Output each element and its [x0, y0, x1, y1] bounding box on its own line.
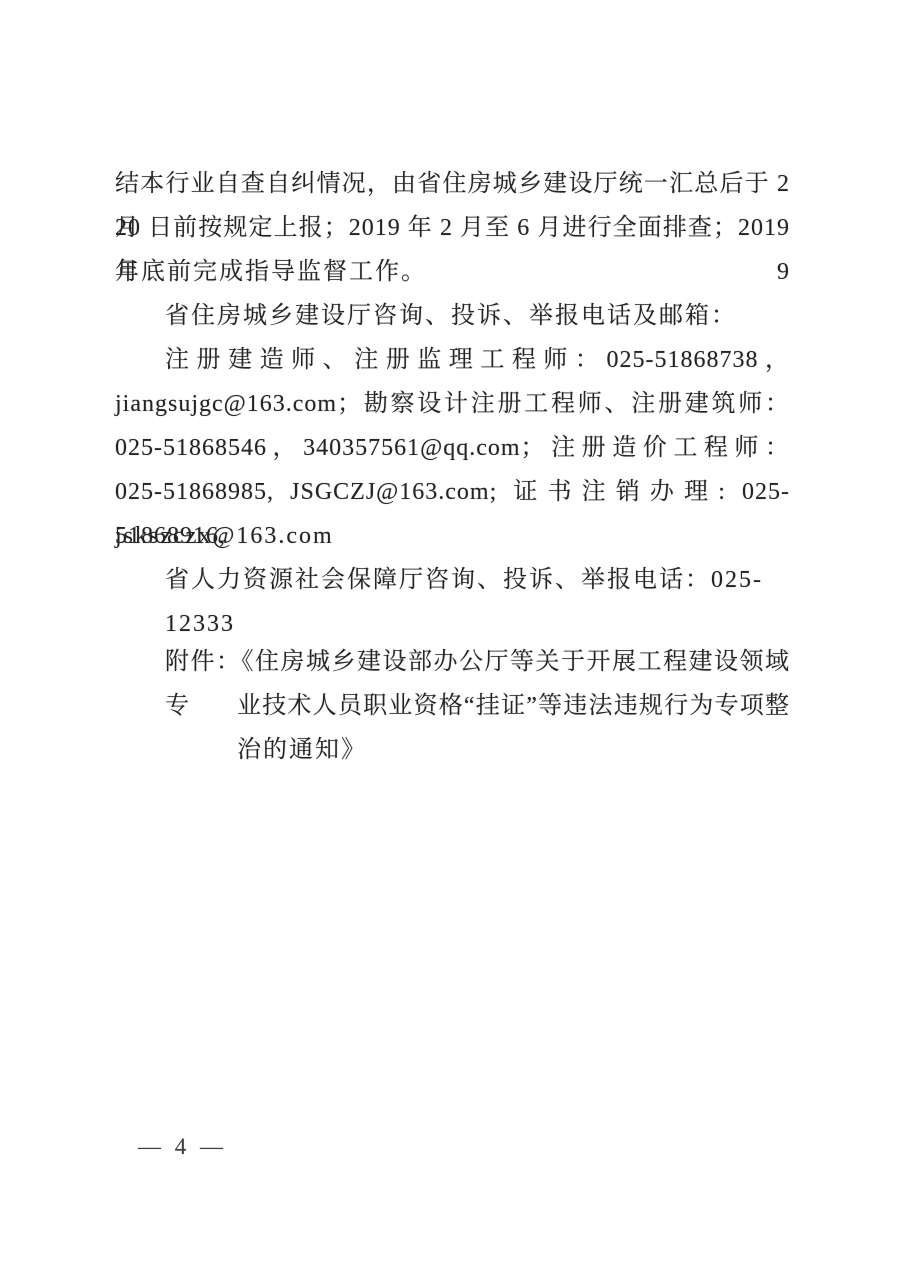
attachment-line-1: 附件：《住房城乡建设部办公厅等关于开展工程建设领域专 — [115, 640, 790, 684]
text-line-4: 省住房城乡建设厅咨询、投诉、举报电话及邮箱： — [115, 294, 790, 338]
text-line-5: 注册建造师、注册监理工程师：025-51868738， — [115, 338, 790, 382]
text-line-7: 025-51868546，340357561@qq.com；注册造价工程师： — [115, 426, 790, 470]
text-line-10: 省人力资源社会保障厅咨询、投诉、举报电话：025-12333 — [115, 558, 790, 602]
text-line-2: 20 日前按规定上报；2019 年 2 月至 6 月进行全面排查；2019 年 … — [115, 206, 790, 250]
document-page: 结本行业自查自纠情况，由省住房城乡建设厅统一汇总后于 2 月 20 日前按规定上… — [0, 0, 900, 1273]
attachment-line-2: 业技术人员职业资格“挂证”等违法违规行为专项整 — [115, 684, 790, 728]
text-line-1: 结本行业自查自纠情况，由省住房城乡建设厅统一汇总后于 2 月 — [115, 162, 790, 206]
body-text: 结本行业自查自纠情况，由省住房城乡建设厅统一汇总后于 2 月 20 日前按规定上… — [115, 162, 790, 772]
text-line-8: 025-51868985, JSGCZJ@163.com; 证书注销办理: 02… — [115, 470, 790, 514]
attachment-note: 附件：《住房城乡建设部办公厅等关于开展工程建设领域专 业技术人员职业资格“挂证”… — [115, 640, 790, 772]
text-line-6: jiangsujgc@163.com；勘察设计注册工程师、注册建筑师： — [115, 382, 790, 426]
text-line-9: jskszczx@163.com — [115, 514, 790, 558]
page-number: — 4 — — [138, 1132, 227, 1162]
attachment-line-3: 治的通知》 — [115, 728, 790, 772]
